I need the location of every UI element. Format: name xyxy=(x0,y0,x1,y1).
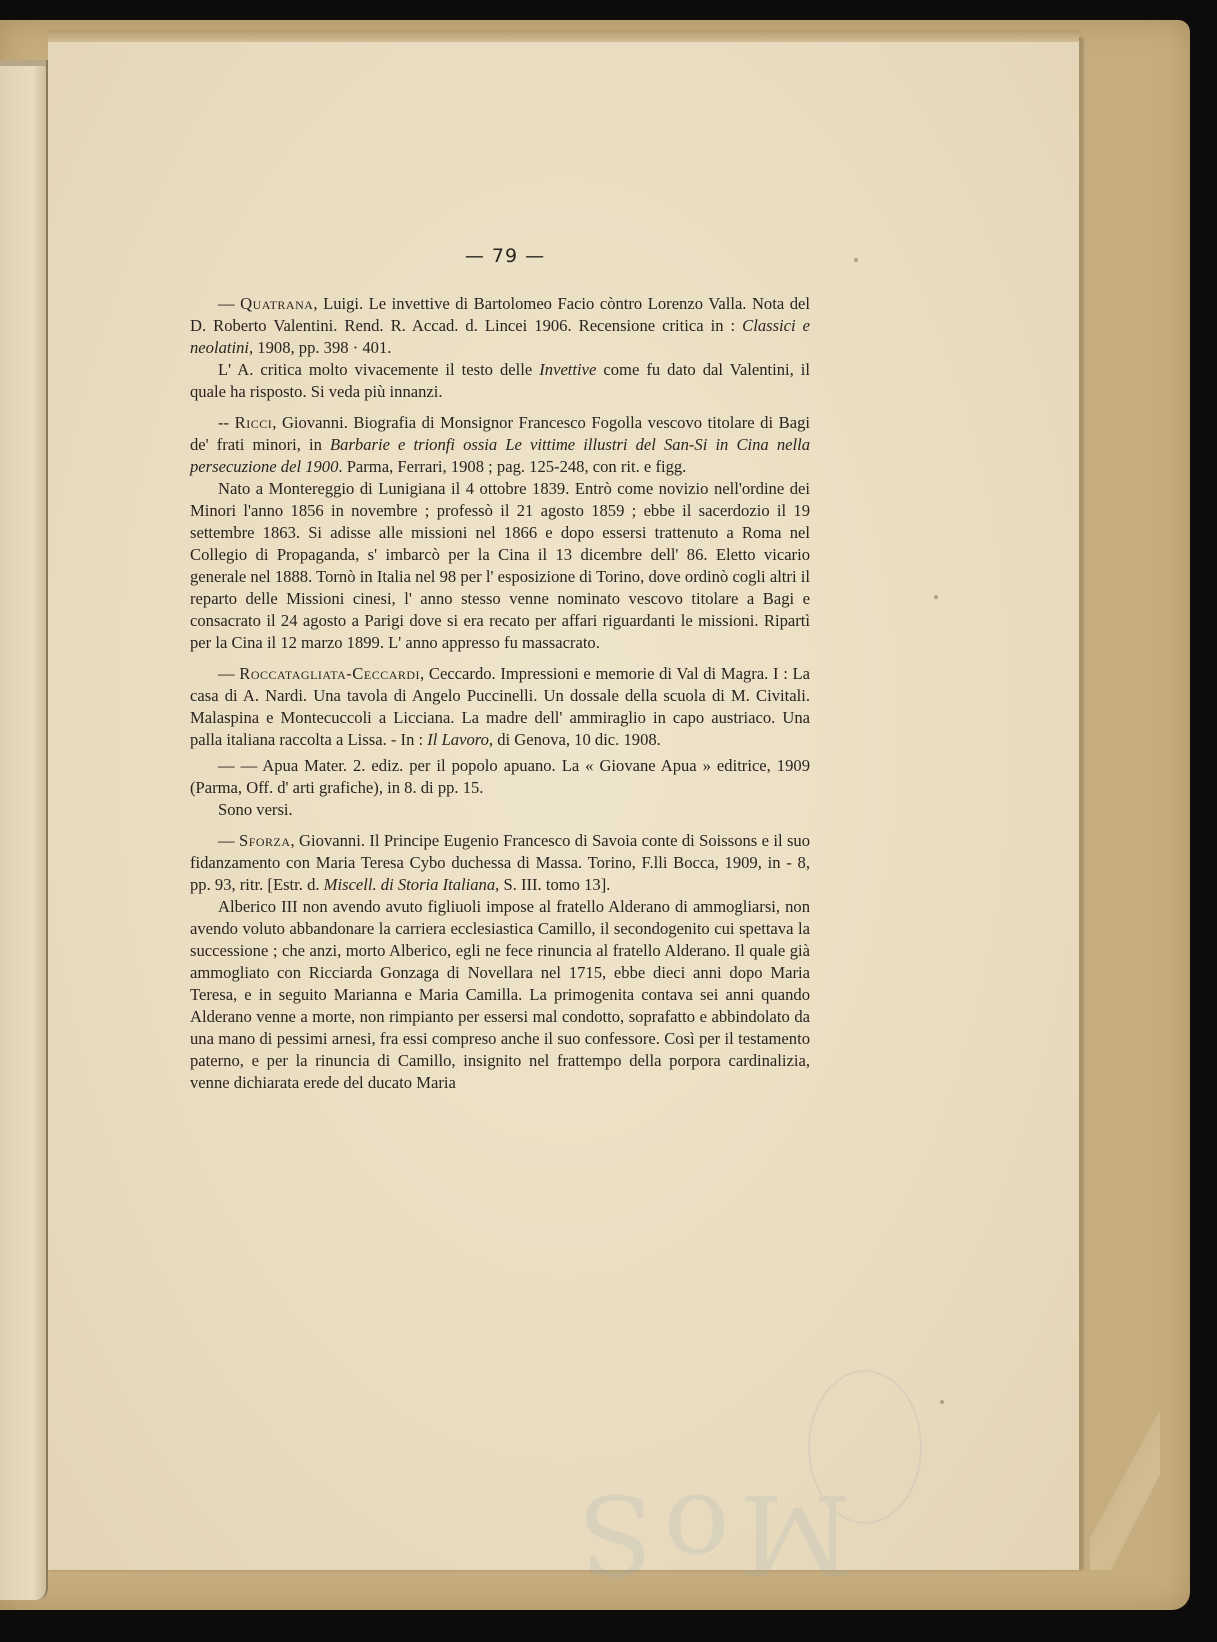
previous-page-edge xyxy=(0,60,48,1600)
entry-author: Sforza xyxy=(239,831,291,850)
entry-note: Alberico III non avendo avuto figliuoli … xyxy=(190,896,810,1094)
scan-background: MoS — 79 — — Quatrana, Luigi. Le invetti… xyxy=(0,0,1217,1642)
paper-spot xyxy=(940,1400,944,1404)
citation-title-italic: Miscell. di Storia Italiana xyxy=(324,875,495,894)
citation-title-italic: Il Lavoro xyxy=(427,730,489,749)
entry-author: Roccatagliata-Ceccardi xyxy=(239,664,420,683)
entry-note: Sono versi. xyxy=(190,799,810,821)
paper-spot xyxy=(854,258,858,262)
bibliography-entry-sforza: — Sforza, Giovanni. Il Principe Eugenio … xyxy=(190,830,810,1094)
entry-author: Quatrana xyxy=(240,294,313,313)
entry-author: Ricci xyxy=(235,413,273,432)
citation-text: , di Genova, 10 dic. 1908. xyxy=(489,730,661,749)
citation-text: , S. III. tomo 13]. xyxy=(495,875,610,894)
show-through-watermark: MoS xyxy=(568,1340,928,1570)
entry-dash: — xyxy=(218,294,235,313)
entry-note: L' A. critica molto vivacemente il testo… xyxy=(190,359,810,403)
note-italic: Invettive xyxy=(539,360,596,379)
entry-dash: — — xyxy=(218,756,257,775)
entry-citation: — Quatrana, Luigi. Le invettive di Barto… xyxy=(190,293,810,359)
bibliography-entry-apua-mater: — — Apua Mater. 2. ediz. per il popolo a… xyxy=(190,755,810,821)
entry-citation: -- Ricci, Giovanni. Biografia di Monsign… xyxy=(190,412,810,478)
citation-text: , 1908, pp. 398 · 401. xyxy=(249,338,391,357)
entry-note: Nato a Montereggio di Lunigiana il 4 ott… xyxy=(190,478,810,654)
entry-citation: — — Apua Mater. 2. ediz. per il popolo a… xyxy=(190,755,810,799)
bibliography-entry-quatrana: — Quatrana, Luigi. Le invettive di Barto… xyxy=(190,293,810,403)
bibliography-entry-roccatagliata: — Roccatagliata-Ceccardi, Ceccardo. Impr… xyxy=(190,663,810,751)
entry-dash: — xyxy=(218,664,235,683)
citation-text: . Parma, Ferrari, 1908 ; pag. 125-248, c… xyxy=(338,457,686,476)
cover-folded-corner xyxy=(1090,1410,1160,1570)
entry-dash: -- xyxy=(218,413,229,432)
paper-spot xyxy=(934,595,938,599)
book-page: MoS — 79 — — Quatrana, Luigi. Le invetti… xyxy=(48,38,1081,1570)
entry-citation: — Roccatagliata-Ceccardi, Ceccardo. Impr… xyxy=(190,663,810,751)
page-number: — 79 — xyxy=(190,245,810,267)
bibliography-entry-ricci: -- Ricci, Giovanni. Biografia di Monsign… xyxy=(190,412,810,654)
page-body: — 79 — — Quatrana, Luigi. Le invettive d… xyxy=(190,245,810,1103)
citation-text: Apua Mater. 2. ediz. per il popolo apuan… xyxy=(190,756,810,797)
watermark-oval xyxy=(808,1370,922,1524)
entry-citation: — Sforza, Giovanni. Il Principe Eugenio … xyxy=(190,830,810,896)
page-top-edge xyxy=(48,30,1079,42)
note-text: L' A. critica molto vivacemente il testo… xyxy=(218,360,539,379)
entry-dash: — xyxy=(218,831,235,850)
